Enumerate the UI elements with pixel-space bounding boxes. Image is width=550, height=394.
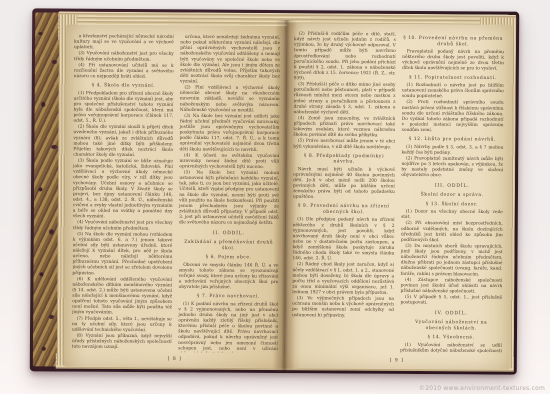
paragraph: Obcemi ve smyslu článku 146 Ř. Ú. a ve s…: [179, 262, 279, 291]
paragraph: (2) Proti rozhodnutí správního soudu nas…: [402, 100, 504, 134]
paragraph: (4) Vyučování náboženství jest pro všech…: [73, 220, 173, 232]
right-page-column-2: § 10. Provedení návrhu na přeměnu druhů …: [400, 32, 504, 355]
paragraph: (1) Dozor na všechny obecné školy vede s…: [401, 209, 503, 221]
paragraph: (2) Škola dle vyznání slouží k přijetí d…: [73, 124, 173, 158]
paragraph: (6) K udělování odděleného vyučování náb…: [72, 276, 172, 316]
paragraph: (2) Pravoplatně zamítnutý návrh může být…: [401, 156, 503, 179]
open-book: a křesťanství pocházející německé národn…: [30, 8, 520, 374]
section-heading: § 13. Školní dozor.: [402, 201, 502, 207]
right-page-text: (2) Přísluší-li rodičům péče o dítě, sta…: [285, 23, 512, 370]
paragraph: (5) Na škole bez vyznání mohou ustanoven…: [179, 170, 279, 226]
page-number: [ 8 ]: [72, 356, 278, 363]
paragraph: Pravoplatně podaný návrh na přeměnu někt…: [402, 49, 504, 72]
paragraph: (5) V případě § 5, odst. 1., jest příslu…: [400, 294, 502, 306]
right-page-column-1: (2) Přísluší-li rodičům péče o dítě, sta…: [292, 31, 396, 354]
paragraph: (3) Do místních sborů školu spravujících…: [401, 243, 503, 277]
section-heading: § 4. Škola dle vyznání.: [75, 83, 173, 89]
section-heading: § 10. Provedení návrhu na přeměnu druhů …: [403, 35, 503, 47]
paragraph: (2) Plní vzdělávací a výchovné úkoly něm…: [180, 85, 280, 114]
paragraph: (4) Při ustanovování učitelů má se k roz…: [74, 62, 174, 79]
paragraph: (1) K podání návrhu na zřízení druhů ško…: [178, 301, 278, 353]
paragraph: (1) Předpokladem pro zřízení obecné škol…: [73, 90, 173, 124]
part-heading: III. ODDÍL.: [402, 183, 502, 190]
left-page: a křesťanství pocházející německé národn…: [64, 25, 287, 369]
paragraph: určena, které nenáležejí žádnému vyznání…: [180, 34, 280, 85]
paragraph: (3) Vyučování náboženství jest pro všeck…: [74, 51, 174, 63]
paragraph: (7) Předpis odst. 5., věta 1., nevztahuj…: [72, 316, 172, 333]
left-page-columns: a křesťanství pocházející německé národn…: [72, 34, 280, 354]
paragraph: (3) Škola podle vyznání se blíže označuj…: [73, 158, 173, 220]
paragraph: (1) Dle předpisu podaný návrh na zřízení…: [293, 217, 395, 262]
section-heading: § 7. Právo navrhovací.: [179, 293, 277, 299]
paragraph: (3) Ve výjimečných případech jsou na och…: [292, 296, 394, 319]
paragraph: (4) Země jsou zmocněny, ve zvláštních př…: [293, 116, 395, 139]
paragraph: (2) Přísluší-li rodičům péče o dítě, sta…: [294, 31, 396, 82]
left-page-column-2: určena, které nenáležejí žádnému vyznání…: [178, 34, 280, 353]
watermark: ©2010 www.environment-textures.com: [419, 385, 545, 392]
paragraph: (5) Právo navrhovací může jenom v té obc…: [293, 138, 395, 150]
page-number: [ 9 ]: [292, 357, 502, 364]
section-heading: § 9. Provedení návrhu na zřízení obecnýc…: [294, 203, 394, 215]
paragraph: Návrh musí býti učiněn k výchově oprávně…: [293, 166, 395, 200]
section-heading: Školní dozor a správa.: [402, 192, 502, 198]
left-page-text: a křesťanství pocházející německé národn…: [64, 25, 287, 369]
paragraph: (3) Na škole bez vyznání jest udíleti ja…: [180, 113, 280, 153]
paragraph: (2) Řádný chod školy jest zaručen, když …: [292, 262, 394, 296]
part-heading: IV. ODDÍL.: [401, 310, 501, 317]
paragraph: (3) Přísluší-li péče o dítko mimo jiné o…: [294, 82, 396, 116]
paragraph: (4) K účasti na světském vyučování mravo…: [179, 153, 279, 170]
paragraph: a křesťanství pocházející německé národn…: [74, 34, 174, 51]
right-page: (2) Přísluší-li rodičům péče o dítě, sta…: [285, 23, 512, 370]
part-heading: II. ODDÍL.: [180, 230, 278, 237]
paragraph: (8) Vyznání jsou příbuzná, když nejvyšší…: [72, 333, 172, 350]
section-heading: § 8. Předpoklady (podmínky) návrhu.: [294, 153, 394, 165]
section-heading: § 6. Pojem obce.: [180, 254, 278, 260]
section-heading: § 11. Popiratelnost rozhodnutí.: [403, 75, 503, 81]
paragraph: (4) Zástupce náboženské společnosti povi…: [401, 277, 503, 294]
paragraph: (1) Rozhodnutí o návrhu jest po bližším …: [402, 82, 504, 99]
right-page-columns: (2) Přísluší-li rodičům péče o dítě, sta…: [292, 31, 504, 355]
paragraph: (1) Návrhy podle § 5, odst. 3. a § 7 moh…: [402, 144, 504, 156]
section-heading: Vyučování náboženství na obecných školác…: [401, 319, 501, 331]
section-heading: Zakládání a přeměňování druhů škol.: [180, 239, 278, 251]
paragraph: (1) Vyučování náboženství se udílí přísl…: [400, 342, 502, 355]
left-page-column-1: a křesťanství pocházející německé národn…: [72, 34, 174, 353]
section-heading: § 12. Lhůta pro podání návrhů.: [403, 136, 503, 142]
paragraph: (2) Při obsazování míst bezprostředních,…: [401, 221, 503, 244]
section-heading: § 14. Všeobecné.: [401, 334, 501, 340]
paragraph: (5) Na škole dle vyznání mohou (vzhledem…: [72, 231, 172, 276]
